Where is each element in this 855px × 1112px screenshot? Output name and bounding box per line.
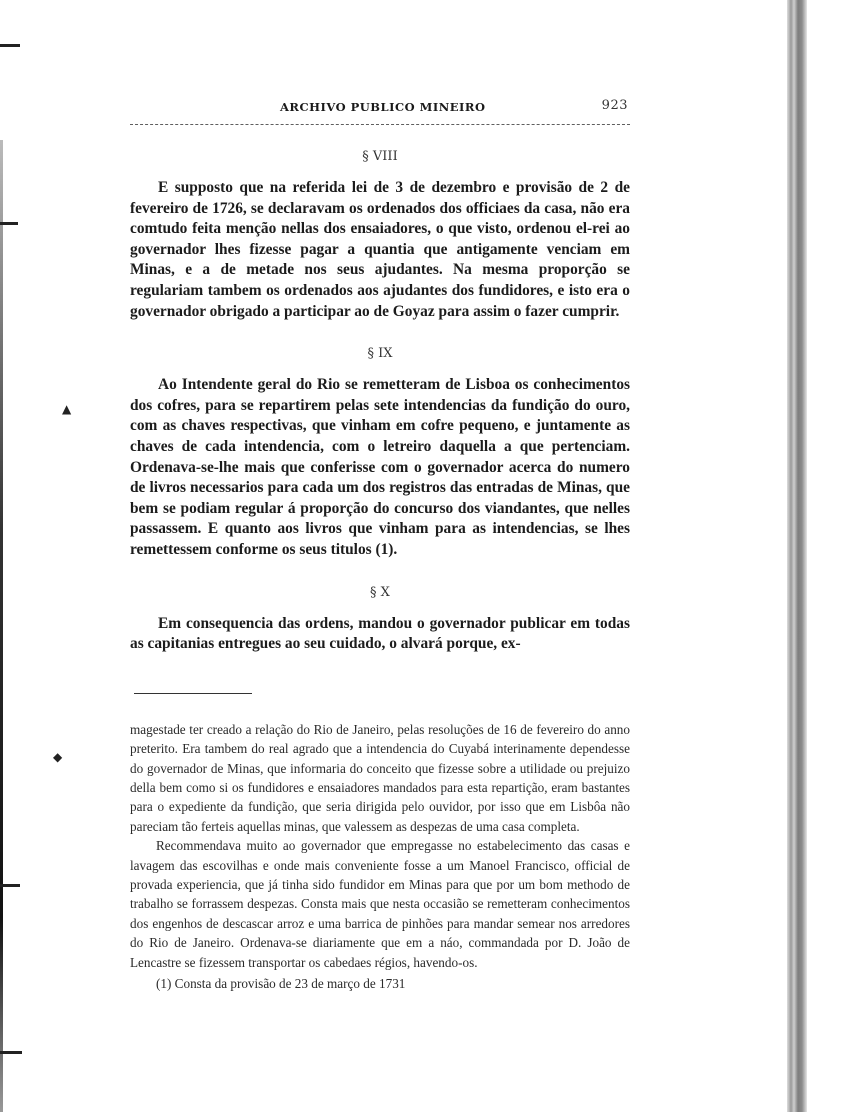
paragraph: E supposto que na referida lei de 3 de d… bbox=[130, 178, 630, 322]
margin-tick-mark bbox=[0, 44, 20, 47]
margin-tick-mark bbox=[0, 884, 20, 887]
paragraph: Ao Intendente geral do Rio se remetteram… bbox=[130, 375, 630, 560]
section-heading-ix: § IX bbox=[130, 346, 630, 361]
margin-triangle-mark: ▲ bbox=[62, 402, 71, 416]
footnote-rule bbox=[134, 693, 252, 694]
left-binding-edge bbox=[0, 140, 3, 1112]
margin-tick-mark bbox=[0, 1051, 22, 1054]
header-rule bbox=[130, 124, 630, 125]
margin-tick-mark bbox=[0, 222, 18, 225]
right-page-edge bbox=[787, 0, 807, 1112]
page-number: 923 bbox=[602, 98, 628, 113]
footnote-1: (1) Consta da provisão de 23 de março de… bbox=[130, 974, 630, 993]
running-head: ARCHIVO PUBLICO MINEIRO 923 bbox=[130, 96, 630, 118]
section-heading-x: § X bbox=[130, 585, 630, 600]
footnote-continuation: magestade ter creado a relação do Rio de… bbox=[130, 720, 630, 836]
book-page: ARCHIVO PUBLICO MINEIRO 923 § VIII E sup… bbox=[130, 96, 630, 993]
margin-dot-mark: ◆ bbox=[53, 750, 62, 764]
running-title: ARCHIVO PUBLICO MINEIRO bbox=[280, 100, 486, 114]
paragraph: Em consequencia das ordens, mandou o gov… bbox=[130, 614, 630, 655]
footnote-paragraph: Recommendava muito ao governador que emp… bbox=[130, 836, 630, 972]
section-heading-viii: § VIII bbox=[130, 149, 630, 164]
